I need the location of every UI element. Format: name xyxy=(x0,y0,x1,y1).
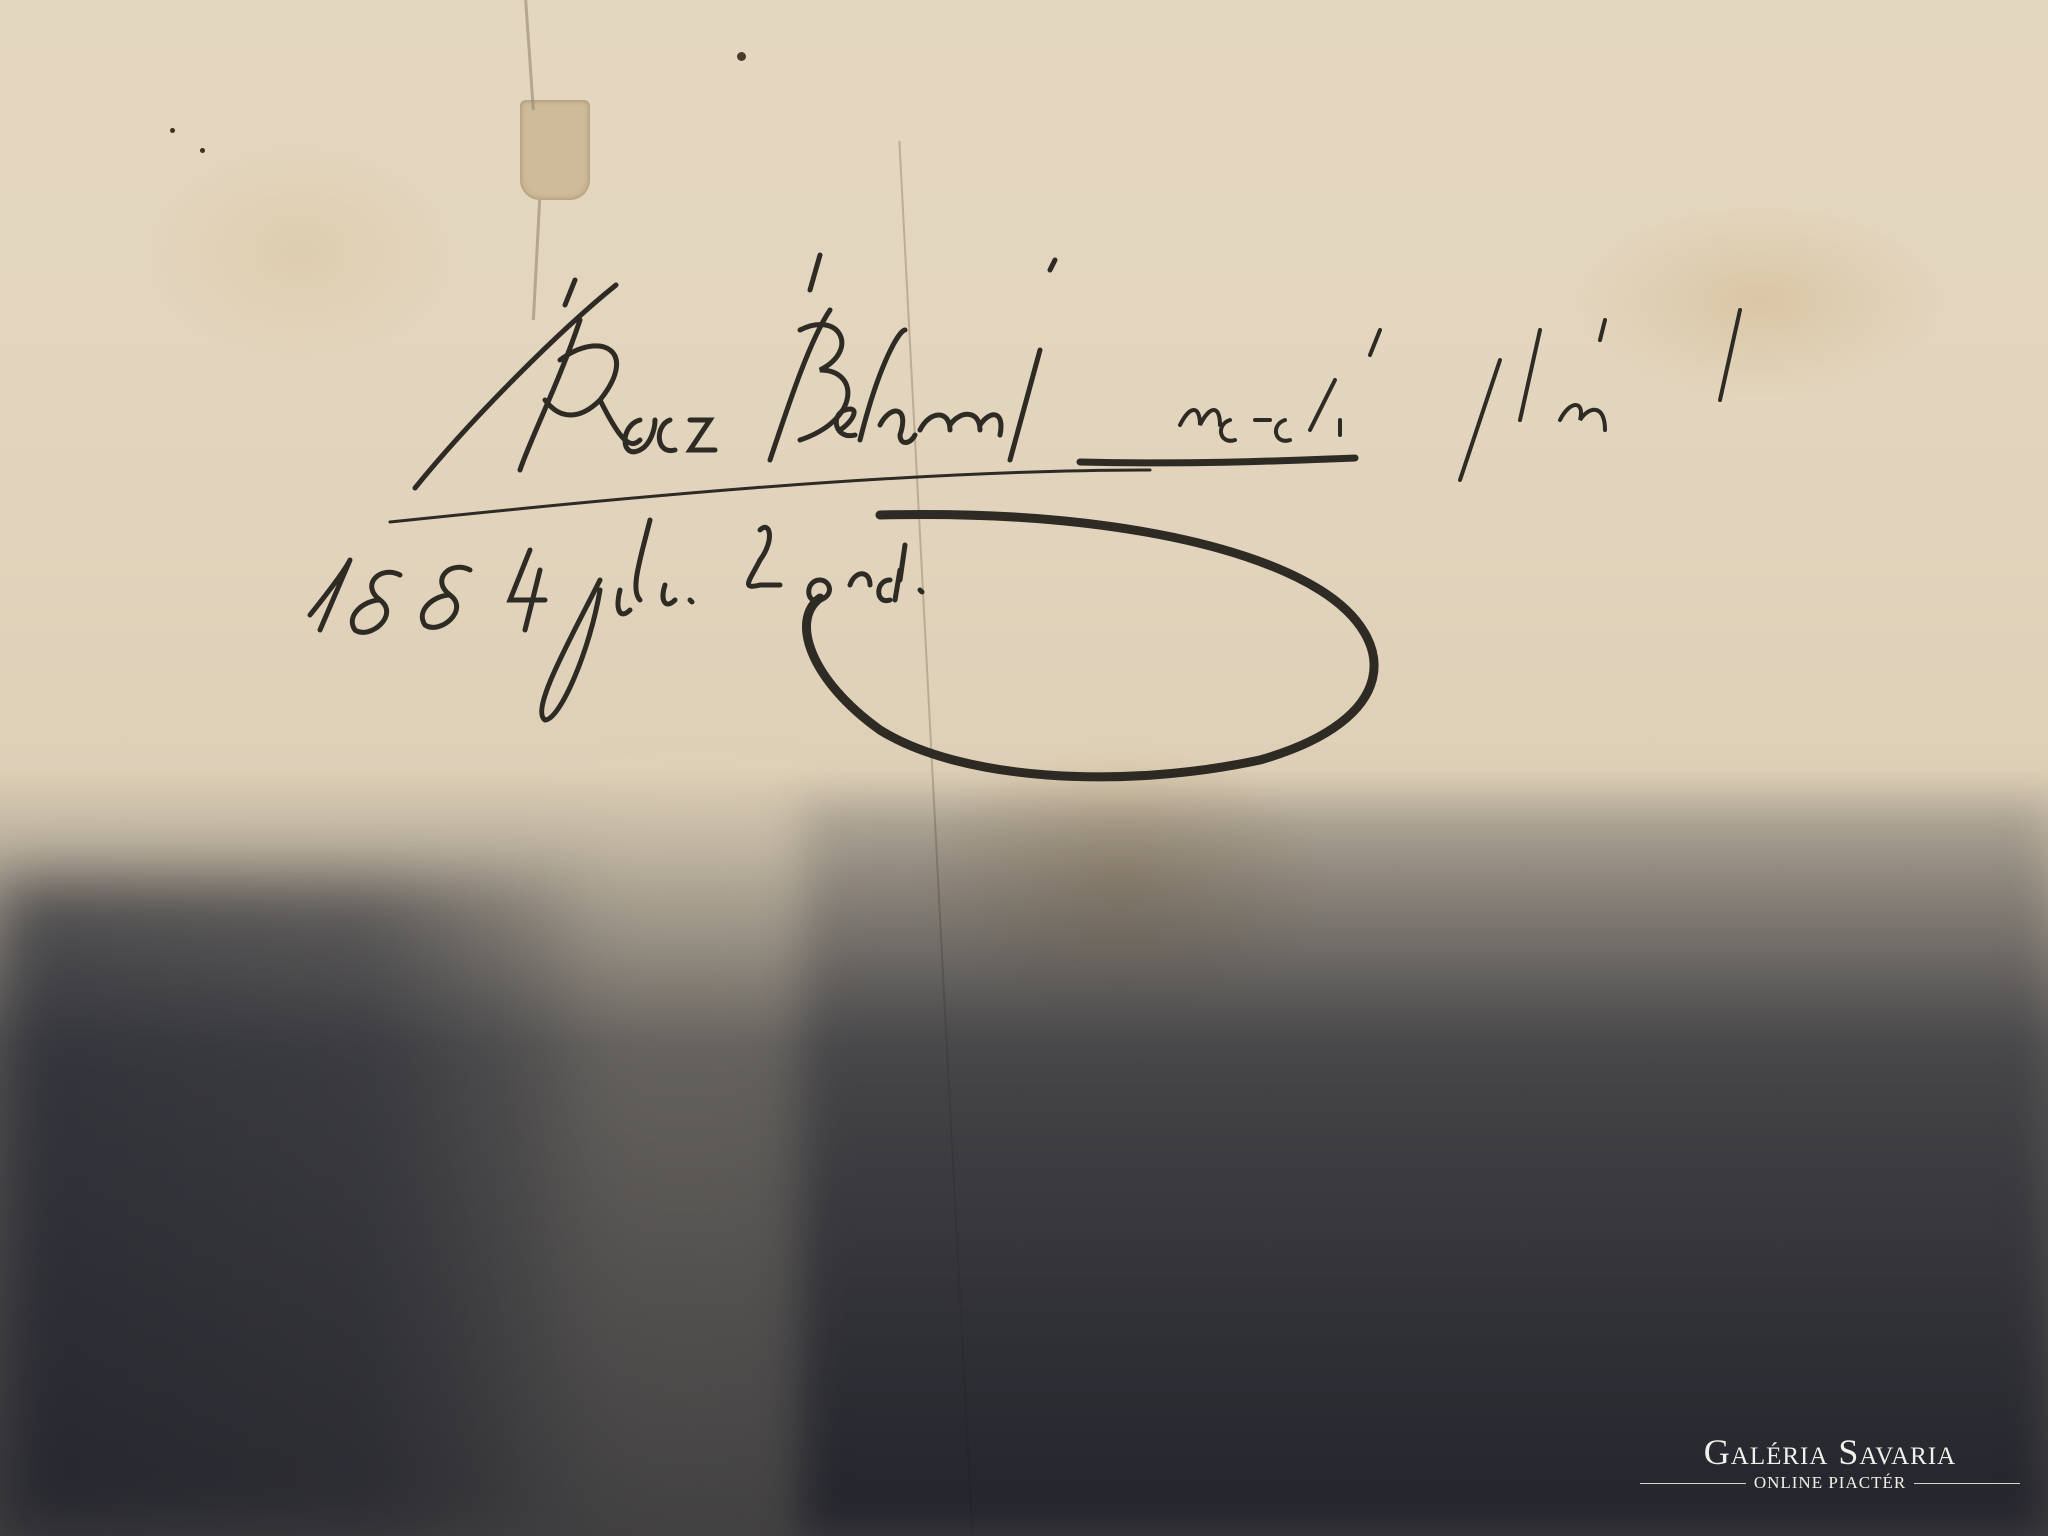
shadow-region xyxy=(0,880,620,1536)
aged-paper-photo: Rácz Béla marosdi tájban 1884 juli. 2 or… xyxy=(0,0,2048,1536)
divider-line xyxy=(1914,1483,2020,1484)
shadow-region xyxy=(800,800,2048,1536)
watermark-subtitle: ONLINE PIACTÉR xyxy=(1754,1474,1906,1492)
divider-line xyxy=(1640,1483,1746,1484)
watermark-subtitle-row: ONLINE PIACTÉR xyxy=(1640,1474,2020,1492)
watermark-logo: Galéria Savaria ONLINE PIACTÉR xyxy=(1640,1432,2020,1492)
watermark-title: Galéria Savaria xyxy=(1640,1432,2020,1472)
